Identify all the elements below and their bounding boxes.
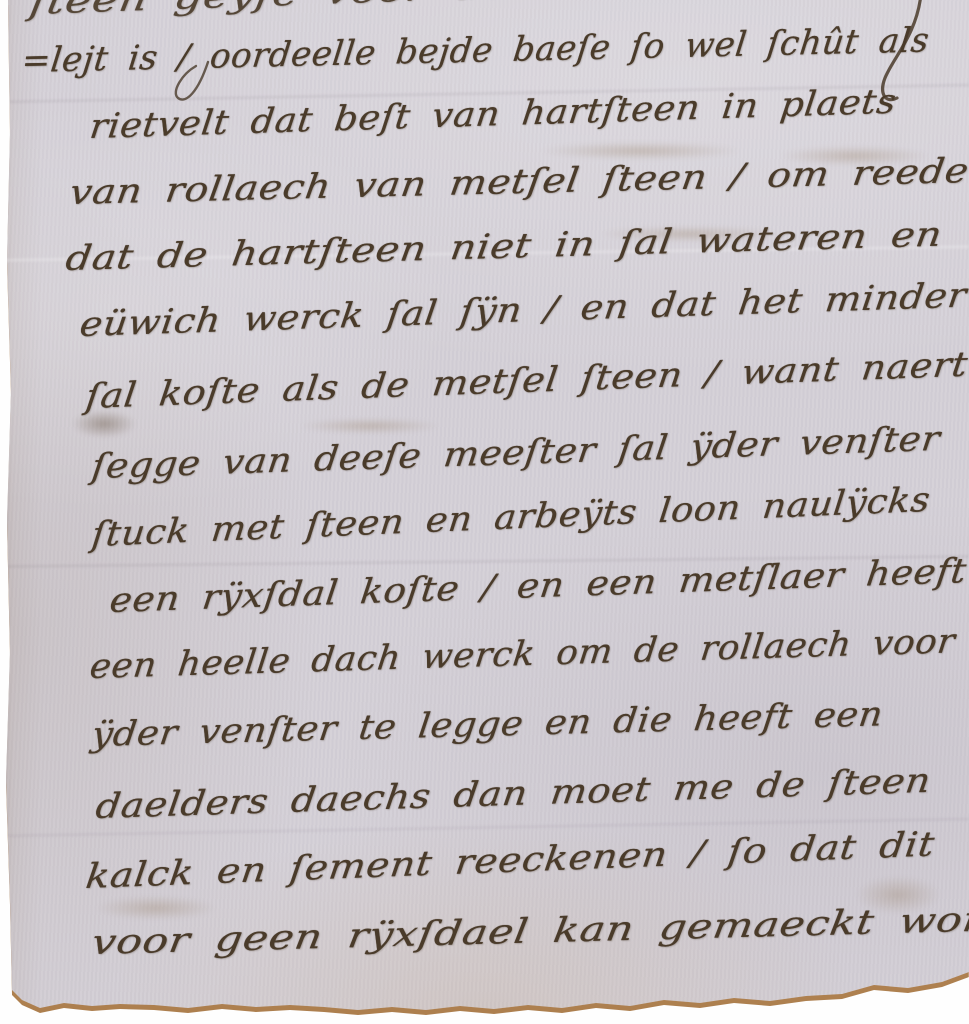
ink-speck [0,206,7,224]
manuscript-line-2: rietvelt dat beſt van hartſteen in plaet… [88,85,898,144]
ink-speck [0,436,5,446]
manuscript-line-14: voor geen rÿxſdael kan gemaeckt worde [89,901,969,960]
manuscript-line-12: daelders daechs dan moet me de ſteen [94,764,933,824]
manuscript-line-11: ÿder venſter te legge en die heeft een [90,697,885,752]
manuscript-line-10: een heelle dach werck om de rollaech voo… [88,624,957,684]
manuscript-page: ſteen geÿſe voor den =lejt is / oordeell… [0,0,969,1024]
manuscript-line-3: van rollaech van metſel ſteen / om reede… [68,153,969,210]
manuscript-line-9: een rÿxſdal koſte / en een metſlaer heef… [108,554,968,618]
manuscript-line-6: ſal koſte als de metſel ſteen / want nae… [84,348,969,415]
handwriting-layer: ſteen geÿſe voor den =lejt is / oordeell… [0,0,969,1024]
manuscript-line-7: ſegge van deeſe meeſter ſal ÿder venſter [90,422,942,484]
ink-speck [2,602,6,609]
manuscript-line-1: =lejt is / oordeelle bejde baeſe ſo wel … [20,23,931,78]
manuscript-line-0: ſteen geÿſe voor den [27,0,541,20]
manuscript-line-13: kalck en ſement reeckenen / ſo dat dit [84,827,937,894]
scan-background: ſteen geÿſe voor den =lejt is / oordeell… [0,0,969,1024]
manuscript-line-4: dat de hartſteen niet in ſal wateren en [64,217,945,276]
manuscript-line-8: ſtuck met ſteen en arbeÿts loon naulÿcks [90,483,932,552]
manuscript-line-5: eüwich werck ſal ſÿn / en dat het minder [78,279,969,343]
